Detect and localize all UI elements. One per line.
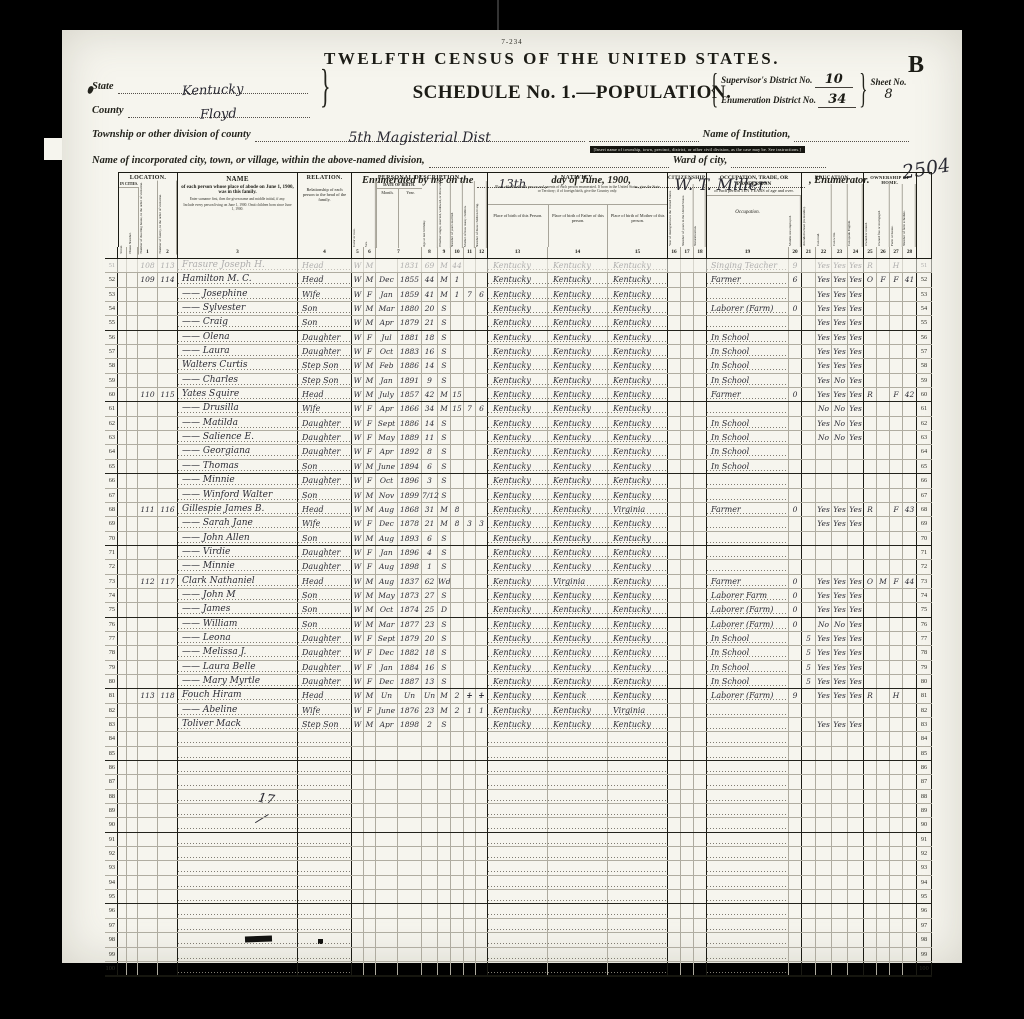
cell-rd [816,904,832,917]
cell-yus [681,904,694,917]
col-can-read-label: Can read. [816,184,832,247]
cell-house [127,747,138,760]
cell-bm [376,861,398,874]
cell-by [398,904,422,917]
cell-cl: 1 [476,689,488,702]
cell-mb [608,948,668,961]
table-row: 79—— Laura BelleDaughterWFJan188416SKent… [105,661,932,675]
cell-by: 1837 [398,575,422,588]
cell-occ [707,804,789,817]
column-number-fh: 27 [890,247,903,258]
cell-mc [464,847,476,860]
cell-iy [668,331,681,344]
cell-fs [903,661,917,674]
cell-by: 1868 [398,503,422,516]
cell-fs [903,316,917,329]
cell-age [422,876,438,889]
cell-rel: Son [298,532,352,545]
cell-occ [707,402,789,415]
cell-mo: 6 [789,273,802,286]
cell-rd: Yes [816,331,832,344]
table-row: 67—— Winford WalterSonWMNov18997/12SKent… [105,489,932,503]
cell-en: Yes [848,388,864,401]
cell-bm: Jan [376,661,398,674]
cell-wr [832,732,848,745]
cell-occ [707,775,789,788]
cell-house [127,388,138,401]
cell-street [118,474,127,487]
cell-fs [903,775,917,788]
cell-rd: No [816,431,832,444]
cell-wr: No [832,374,848,387]
cell-lnr: 73 [917,575,932,588]
cell-fam [158,302,178,315]
cell-nat [694,402,707,415]
cell-wr: Yes [832,288,848,301]
cell-name [178,790,298,803]
cell-rd: Yes [816,359,832,372]
cell-fb: Kentucky [548,359,608,372]
cell-m [438,747,451,760]
cell-fb [548,790,608,803]
cell-own [864,904,877,917]
cell-mb [608,847,668,860]
cell-rd [816,775,832,788]
cell-fs [903,847,917,860]
cell-own [864,919,877,932]
cell-fm [877,503,890,516]
cell-dw [138,904,158,917]
cell-street [118,374,127,387]
cell-en: Yes [848,589,864,602]
cell-sch: 5 [802,632,816,645]
cell-age: 14 [422,359,438,372]
cell-fs [903,259,917,272]
cell-mc [464,632,476,645]
cell-lnr: 77 [917,632,932,645]
cell-wr [832,460,848,473]
brace-glyph: } [320,60,331,115]
cell-m: Wd [438,575,451,588]
cell-lnr: 94 [917,876,932,889]
cell-sch [802,345,816,358]
cell-dw [138,288,158,301]
cell-wr: Yes [832,316,848,329]
cell-pb: Kentucky [488,359,548,372]
cell-street [118,948,127,961]
cell-nat [694,962,707,975]
table-row: 9999 [105,948,932,962]
cell-by: 1855 [398,273,422,286]
cell-iy [668,259,681,272]
cell-pb [488,818,548,831]
cell-fb: Kentucky [548,704,608,717]
cell-pb: Kentucky [488,474,548,487]
cell-m: D [438,603,451,616]
cell-yus [681,288,694,301]
cell-fs [903,417,917,430]
cell-rd: Yes [816,273,832,286]
cell-pb: Kentucky [488,532,548,545]
cell-age [422,732,438,745]
table-row: 9090 [105,818,932,832]
cell-ln: 54 [105,302,118,315]
cell-cl [476,718,488,731]
cell-age: 23 [422,704,438,717]
table-row: 54—— SylvesterSonWMMar188020SKentuckyKen… [105,302,932,316]
cell-m: S [438,532,451,545]
cell-mb: Kentucky [608,460,668,473]
cell-house [127,503,138,516]
cell-mo [789,818,802,831]
cell-street [118,402,127,415]
table-row: 74—— John MSonWMMay187327SKentuckyKentuc… [105,589,932,603]
cell-ym: 2 [451,689,464,702]
district-block: { Supervisor's District No. 10 Enumerati… [710,72,906,107]
cell-dw [138,546,158,559]
cell-en [848,919,864,932]
cell-ym: 15 [451,402,464,415]
cell-c: W [352,546,364,559]
cell-dw: 110 [138,388,158,401]
cell-en [848,532,864,545]
cell-house [127,876,138,889]
cell-en [848,460,864,473]
cell-cl [476,316,488,329]
cell-house [127,259,138,272]
cell-rel: Son [298,489,352,502]
cell-pb: Kentucky [488,288,548,301]
cell-pb: Kentucky [488,273,548,286]
cell-name: Hamilton M. C. [178,273,298,286]
cell-dw [138,402,158,415]
cell-mc: 3 [464,517,476,530]
cell-s: M [364,503,376,516]
cell-ln: 79 [105,661,118,674]
table-header: LOCATION. IN CITIES. Street. House Numbe… [118,172,932,247]
cell-nat [694,675,707,688]
cell-fam [158,847,178,860]
cell-rd [816,747,832,760]
cell-s: F [364,661,376,674]
cell-occ: Farmer [707,388,789,401]
cell-occ [707,861,789,874]
cell-pb: Kentucky [488,675,548,688]
cell-ym [451,302,464,315]
cell-fb [548,904,608,917]
cell-mc [464,374,476,387]
table-row: 73112117Clark NathanielHeadWMAug183762Wd… [105,575,932,589]
cell-house [127,460,138,473]
date-of-birth-block: DATE OF BIRTH. Month. Year. [376,181,422,248]
cell-fh [890,747,903,760]
cell-cl [476,546,488,559]
cell-c [352,904,364,917]
cell-mc: 1 [464,689,476,702]
cell-ln: 70 [105,532,118,545]
table-row: 76—— WilliamSonWMMar187723SKentuckyKentu… [105,618,932,632]
cell-dw: 108 [138,259,158,272]
cell-own [864,775,877,788]
cell-occ: In School [707,460,789,473]
cell-house [127,517,138,530]
cell-fm [877,302,890,315]
cell-s: F [364,288,376,301]
cell-lnr: 51 [917,259,932,272]
cell-m: S [438,374,451,387]
cell-c: W [352,517,364,530]
cell-yus [681,575,694,588]
cell-fs [903,618,917,631]
cell-mb: Kentucky [608,618,668,631]
cell-wr: Yes [832,345,848,358]
cell-m: M [438,288,451,301]
cell-sch [802,273,816,286]
cell-fb: Kentucky [548,460,608,473]
county-row: County Floyd [92,100,310,118]
cell-ym [451,904,464,917]
cell-name [178,804,298,817]
cell-rd [816,474,832,487]
cell-s: F [364,675,376,688]
cell-rel [298,833,352,846]
cell-fb: Kentucky [548,532,608,545]
cell-mo [789,847,802,860]
cell-s [364,948,376,961]
cell-age: Un [422,689,438,702]
cell-mc [464,790,476,803]
cell-rd [816,532,832,545]
cell-pb: Kentucky [488,718,548,731]
cell-pb: Kentucky [488,517,548,530]
cell-yus [681,546,694,559]
cell-fh [890,919,903,932]
cell-sch [802,288,816,301]
cell-age [422,761,438,774]
cell-ym [451,847,464,860]
cell-fb: Kentucky [548,431,608,444]
cell-en [848,861,864,874]
cell-street [118,962,127,975]
cell-cl [476,818,488,831]
cell-bm [376,747,398,760]
cell-m: S [438,345,451,358]
cell-nat [694,560,707,573]
cell-fam [158,919,178,932]
cell-ln: 82 [105,704,118,717]
cell-fm [877,546,890,559]
township-row: Township or other division of county 5th… [92,124,942,142]
cell-fam: 116 [158,503,178,516]
cell-yus [681,933,694,946]
cell-fh [890,833,903,846]
cell-nat [694,747,707,760]
city-row: Name of incorporated city, town, or vill… [92,150,942,168]
cell-bm: Un [376,689,398,702]
cell-fb [548,804,608,817]
cell-yus [681,890,694,903]
cell-cl [476,804,488,817]
cell-fs: 41 [903,273,917,286]
table-row: 9797 [105,919,932,933]
cell-fam [158,417,178,430]
cell-occ [707,560,789,573]
cell-own [864,316,877,329]
cell-iy [668,517,681,530]
cell-fb: Kentucky [548,718,608,731]
cell-age: 62 [422,575,438,588]
cell-age: 44 [422,273,438,286]
cell-c: W [352,661,364,674]
cell-wr: No [832,417,848,430]
cell-iy [668,546,681,559]
cell-own [864,790,877,803]
column-number-sch: 21 [802,247,816,258]
cell-fam: 117 [158,575,178,588]
cell-fs [903,861,917,874]
cell-mc: 7 [464,402,476,415]
cell-by [398,732,422,745]
cell-c: W [352,388,364,401]
table-row: 53—— JosephineWifeWFJan185941M176Kentuck… [105,288,932,302]
cell-fam [158,532,178,545]
cell-fam [158,904,178,917]
cell-age: 18 [422,646,438,659]
cell-fam: 115 [158,388,178,401]
cell-fs [903,589,917,602]
cell-sch [802,747,816,760]
cell-ln: 61 [105,402,118,415]
cell-c: W [352,431,364,444]
cell-nat [694,704,707,717]
cell-bm: Sept [376,632,398,645]
cell-by: 1857 [398,388,422,401]
cell-s [364,904,376,917]
cell-fs [903,876,917,889]
cell-iy [668,847,681,860]
cell-rd: Yes [816,646,832,659]
cell-name [178,890,298,903]
cell-fb: Kentucky [548,388,608,401]
cell-mc [464,804,476,817]
cell-sch [802,718,816,731]
cell-lnr: 86 [917,761,932,774]
cell-cl [476,331,488,344]
cell-mc [464,948,476,961]
cell-m: M [438,259,451,272]
cell-m: S [438,718,451,731]
cell-fm [877,675,890,688]
cell-cl [476,876,488,889]
group-location-title: LOCATION. [119,173,177,181]
cell-fm [877,560,890,573]
cell-c [352,890,364,903]
cell-cl [476,532,488,545]
cell-street [118,575,127,588]
cell-mb: Kentucky [608,345,668,358]
cell-m: S [438,661,451,674]
cell-s: M [364,259,376,272]
cell-pb: Kentucky [488,618,548,631]
cell-fam [158,646,178,659]
cell-en [848,890,864,903]
cell-occ [707,718,789,731]
cell-pb: Kentucky [488,689,548,702]
cell-ln: 53 [105,288,118,301]
cell-fb: Virginia [548,575,608,588]
cell-mc [464,431,476,444]
cell-bm [376,790,398,803]
cell-en [848,804,864,817]
cell-own [864,517,877,530]
cell-age: 2 [422,718,438,731]
cell-own: R [864,259,877,272]
cell-mo: 0 [789,575,802,588]
cell-s: F [364,417,376,430]
cell-house [127,489,138,502]
table-row: 100100 [105,962,932,977]
cell-pb: Kentucky [488,402,548,415]
cell-fs [903,302,917,315]
cell-mc [464,718,476,731]
cell-ln: 63 [105,431,118,444]
table-row: 9595 [105,890,932,904]
cell-occ [707,790,789,803]
col-immigration-year-label: Year of immigration to the United States… [668,184,681,247]
column-number-m: 9 [438,247,451,258]
cell-street [118,345,127,358]
cell-name: —— Leona [178,632,298,645]
cell-nat [694,445,707,458]
cell-rd: Yes [816,675,832,688]
column-number-name: 3 [178,247,298,258]
cell-ym [451,316,464,329]
cell-wr: Yes [832,646,848,659]
cell-nat [694,474,707,487]
cell-cl [476,302,488,315]
cell-rel: Son [298,302,352,315]
cell-dw [138,474,158,487]
cell-iy [668,575,681,588]
cell-street [118,646,127,659]
cell-en: Yes [848,603,864,616]
cell-mo [789,402,802,415]
cell-yus [681,603,694,616]
cell-rel [298,790,352,803]
cell-wr: Yes [832,661,848,674]
cell-sch [802,833,816,846]
cell-mc [464,546,476,559]
cell-lnr: 61 [917,402,932,415]
cell-mo [789,359,802,372]
cell-mb [608,804,668,817]
cell-fh [890,302,903,315]
col-can-write-label: Can write. [832,184,848,247]
cell-iy [668,775,681,788]
cell-fs [903,517,917,530]
cell-fh [890,489,903,502]
cell-fh [890,632,903,645]
cell-mo: 0 [789,589,802,602]
cell-fh: H [890,689,903,702]
cell-nat [694,948,707,961]
cell-dw [138,818,158,831]
cell-iy [668,732,681,745]
cell-occ: In School [707,374,789,387]
cell-name [178,775,298,788]
cell-c [352,876,364,889]
cell-street [118,775,127,788]
